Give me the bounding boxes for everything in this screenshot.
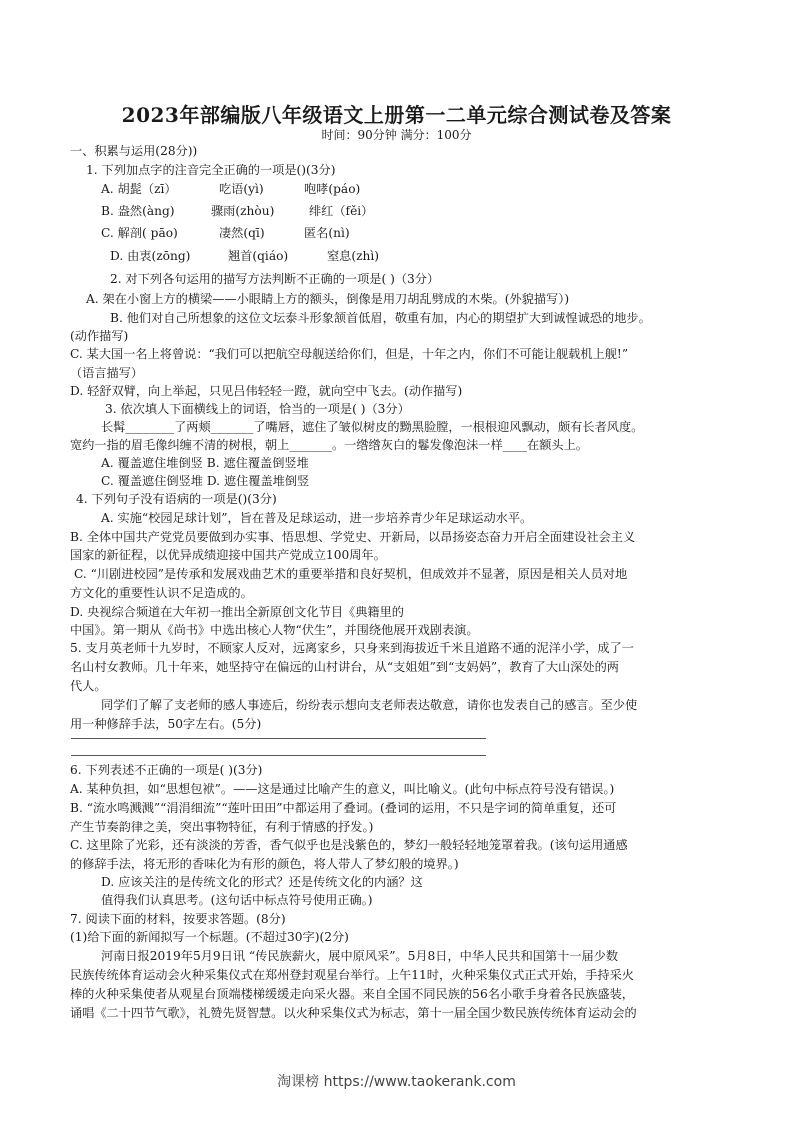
q2-option-b-cont: (动作描写) <box>70 328 128 344</box>
q6-option-d: D. 应该关注的是传统文化的形式？还是传统文化的内涵？这 <box>101 874 423 890</box>
q2-option-b: B. 他们对自己所想象的这位文坛泰斗形象颔首低眉，敬重有加，内心的期望扩大到诚惶… <box>110 310 651 326</box>
q1-option-b-3: 绯红（fěi） <box>309 203 373 219</box>
answer-line-1[interactable] <box>71 738 486 739</box>
q2-option-c: C. 某大国一名上将曾说：“我们可以把航空母舰送给你们，但是，十年之内，你们不可… <box>70 346 628 362</box>
q7-stem: 7. 阅读下面的材料，按要求答题。(8分) <box>70 911 286 927</box>
page-title: 2023年部编版八年级语文上册第一二单元综合测试卷及答案 <box>0 99 793 128</box>
q4-option-d-cont: 中国》。第一期从《尚书》中选出核心人物“伏生”，并围绕他展开戏剧表演。 <box>70 622 479 638</box>
q1-option-c-1: C. 解剖( pāo) <box>101 225 178 241</box>
q1-option-a-3: 咆哮(páo) <box>304 181 360 197</box>
q2-option-c-cont: （语言描写） <box>70 365 143 381</box>
q3-passage-2: 宽约一指的眉毛像纠缠不清的树根，朝上_______。一绺绺灰白的鬈发像泡沫一样_… <box>70 437 588 453</box>
q4-option-b: B. 全体中国共产党党员要做到办实事、悟思想、学党史、开新局，以昂扬姿态奋力开启… <box>70 529 635 545</box>
watermark-footer: 淘课榜 https://www.taokerank.com <box>0 1071 793 1091</box>
q7-passage-2: 民族传统体育运动会火种采集仪式在郑州登封观星台举行。上午11时，火种采集仪式正式… <box>70 967 634 983</box>
q3-passage-1: 长髯________了两颊_______了嘴唇，遮住了皱似树皮的黝黑脸膛，一根根… <box>101 419 643 435</box>
q6-stem: 6. 下列表述不正确的一项是( )(3分) <box>70 762 262 778</box>
q6-option-d-cont: 值得我们认真思考。(这句话中标点符号使用正确。) <box>101 892 373 908</box>
q6-option-b-cont: 产生节奏韵律之美，突出事物特征，有利于情感的抒发。) <box>70 819 373 835</box>
q4-stem: 4. 下列句子没有语病的一项是()(3分) <box>76 491 277 507</box>
q5-text-2: 名山村女教师。几十年来，她坚持守在偏远的山村讲台，从“支姐姐”到“支妈妈”，教育… <box>70 659 619 675</box>
q1-option-d-1: D. 由衷(zōng) <box>110 248 190 264</box>
q7-subquestion-1: (1)给下面的新闻拟写一个标题。(不超过30字)(2分) <box>70 929 349 945</box>
q1-option-a-1: A. 胡髭（zī） <box>101 181 177 197</box>
q4-option-d: D. 央视综合频道在大年初一推出全新原创文化节目《典籍里的 <box>70 604 404 620</box>
q1-option-a-2: 吃语(yì) <box>219 181 264 197</box>
q3-stem: 3. 依次填人下面横线上的词语，恰当的一项是( )（3分） <box>105 401 410 417</box>
q5-text-3: 代人。 <box>70 678 107 694</box>
answer-line-2[interactable] <box>71 755 486 756</box>
q1-option-c-2: 凄然(qī) <box>219 225 265 241</box>
q1-option-d-3: 窒息(zhì) <box>327 248 379 264</box>
q7-passage-3: 棒的火种采集使者从观星台顶端楼梯缓缓走向采火器。来自全国不同民族的56名小歌手身… <box>70 986 634 1002</box>
q3-options-cd: C. 覆盖遮住倒竖堆 D. 遮住覆盖堆倒竖 <box>101 473 309 489</box>
q1-stem: 1. 下列加点字的注音完全正确的一项是()(3分) <box>86 162 335 178</box>
q6-option-a: A. 某种负担，如“思想包袱”。——这是通过比喻产生的意义，叫比喻义。(此句中标… <box>70 781 614 797</box>
q4-option-a: A. 实施“校园足球计划”，旨在普及足球运动，进一步培养青少年足球运动水平。 <box>101 510 532 526</box>
q6-option-c: C. 这里除了光彩，还有淡淡的芳香，香气似乎也是浅紫色的，梦幻一般轻轻地笼罩着我… <box>70 837 628 853</box>
section-heading: 一、积累与运用(28分)) <box>70 143 197 159</box>
q6-option-c-cont: 的修辞手法，将无形的香味化为有形的颜色，将人带人了梦幻般的境界。) <box>70 856 459 872</box>
q1-option-b-1: B. 盎然(àng) <box>101 203 175 219</box>
q5-text-1: 5. 支月英老师十九岁时，不顾家人反对，远离家乡，只身来到海拔近千米且道路不通的… <box>70 640 634 656</box>
q3-options-ab: A. 覆盖遮住堆倒竖 B. 遮住覆盖倒竖堆 <box>101 455 309 471</box>
exam-page: 2023年部编版八年级语文上册第一二单元综合测试卷及答案 时间：90分钟 满分：… <box>0 0 793 1122</box>
q7-passage-1: 河南日报2019年5月9日讯 “传民族薪火，展中原风采”。5月8日，中华人民共和… <box>101 948 618 964</box>
q1-option-d-2: 翘首(qiáo) <box>228 248 288 264</box>
q1-option-c-3: 匿名(nì) <box>304 225 350 241</box>
q1-option-b-2: 骤雨(zhòu) <box>211 203 274 219</box>
q4-option-b-cont: 国家的新征程，以优异成绩迎接中国共产党成立100周年。 <box>70 547 386 563</box>
q2-option-a: A. 架在小窗上方的横梁——小眼睛上方的额头，倒像是用刀胡乱劈成的木柴。(外貌描… <box>86 291 569 307</box>
q7-passage-4: 诵唱《二十四节气歌》，礼赞先贤智慧。以火种采集仪式为标志，第十一届全国少数民族传… <box>70 1005 637 1021</box>
q6-option-b: B. “流水鸣溅溅”“涓涓细流”“莲叶田田”中都运用了叠词。(叠词的运用，不只是… <box>70 800 616 816</box>
q4-option-c-cont: 方文化的重要性认识不足造成的。 <box>70 585 253 601</box>
q4-option-c: C. “川剧进校园”是传承和发展戏曲艺术的重要举措和良好契机，但成效并不显著，原… <box>74 566 627 582</box>
q2-option-d: D. 轻舒双臂，向上举起，只见吕伟轻轻一蹬，就向空中飞去。(动作描写) <box>70 383 462 399</box>
q5-text-5: 用一种修辞手法，50字左右。(5分) <box>70 716 261 732</box>
q2-stem: 2. 对下列各句运用的描写方法判断不正确的一项是( )（3分） <box>110 271 439 287</box>
exam-time-score: 时间：90分钟 满分：100分 <box>0 126 793 143</box>
q5-text-4: 同学们了解了支老师的感人事迹后，纷纷表示想向支老师表达敬意，请你也发表自己的感言… <box>101 697 637 713</box>
